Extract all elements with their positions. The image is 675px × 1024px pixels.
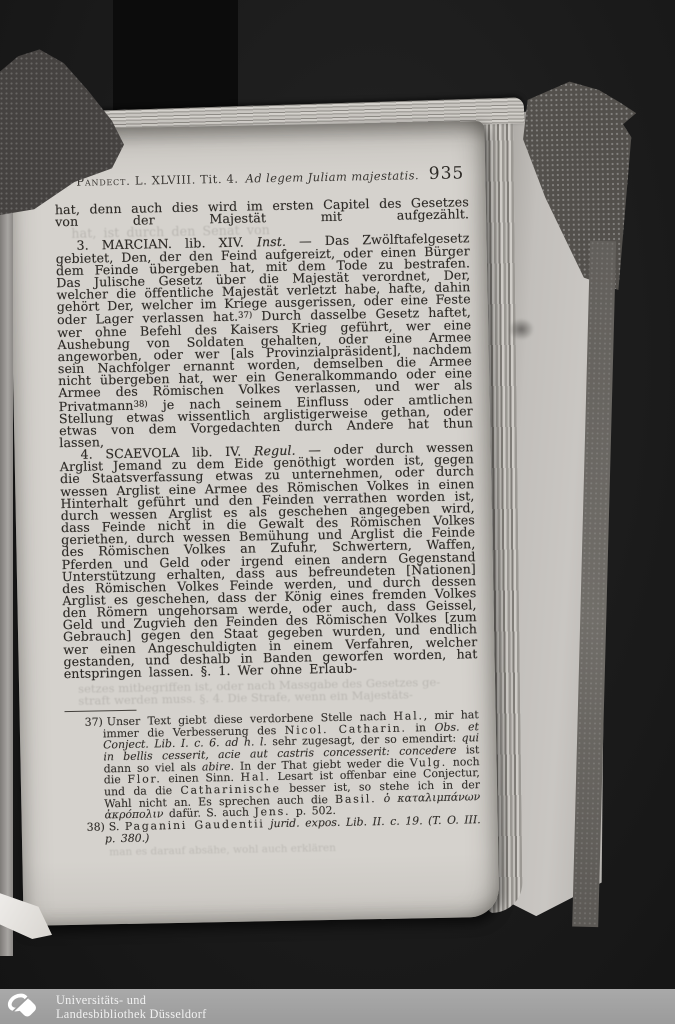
footnote-number: 37) — [85, 715, 103, 728]
footnote: 37)Unser Text giebt diese verdorbene Ste… — [85, 709, 481, 821]
previous-page-sliver — [0, 208, 13, 956]
running-head-title-ref: L. XLVIII. Tit. 4. — [130, 172, 238, 188]
text-segment: Basil. — [335, 792, 377, 806]
footnote-number: 38) — [87, 820, 105, 833]
text-segment: — oder durch wessen Arglist Jemand zu de… — [60, 439, 478, 681]
library-logo-icon — [6, 992, 44, 1022]
footnote-separator — [65, 710, 137, 712]
library-name-line1: Universitäts- und — [56, 993, 207, 1007]
page-smudge — [508, 318, 534, 340]
library-name-line2: Landesbibliothek Düsseldorf — [56, 1007, 207, 1021]
open-book: Pandect. L. XLVIII. Tit. 4.Ad legem Juli… — [0, 90, 662, 962]
running-head-latin-title: Ad legem Juliam majestatis. — [245, 168, 419, 185]
book-page: Pandect. L. XLVIII. Tit. 4.Ad legem Juli… — [8, 121, 499, 926]
footnote-marker: 38) — [133, 399, 147, 409]
main-text: hat, denn auch dies wird im ersten Capit… — [55, 196, 478, 680]
running-head: Pandect. L. XLVIII. Tit. 4.Ad legem Juli… — [54, 163, 468, 191]
page-content: Pandect. L. XLVIII. Tit. 4.Ad legem Juli… — [8, 121, 499, 926]
page-number: 935 — [429, 163, 465, 184]
book-scan-photo: Pandect. L. XLVIII. Tit. 4.Ad legem Juli… — [0, 0, 675, 1024]
paragraph: 3. MARCIAN. lib. XIV. Inst. — Das Zwölft… — [55, 233, 473, 450]
library-name: Universitäts- und Landesbibliothek Düsse… — [56, 993, 207, 1021]
bleed-through-lines: setzes mitbegriffen ist, oder nach Massg… — [78, 675, 478, 707]
footnote-marker: 37) — [238, 311, 252, 321]
running-head-left: Pandect. L. XLVIII. Tit. 4.Ad legem Juli… — [76, 168, 419, 189]
footnotes: 37)Unser Text giebt diese verdorbene Ste… — [65, 709, 481, 845]
library-watermark-bar: Universitäts- und Landesbibliothek Düsse… — [0, 989, 675, 1024]
paragraph: 4. SCAEVOLA lib. IV. Regul. — oder durch… — [59, 441, 477, 680]
